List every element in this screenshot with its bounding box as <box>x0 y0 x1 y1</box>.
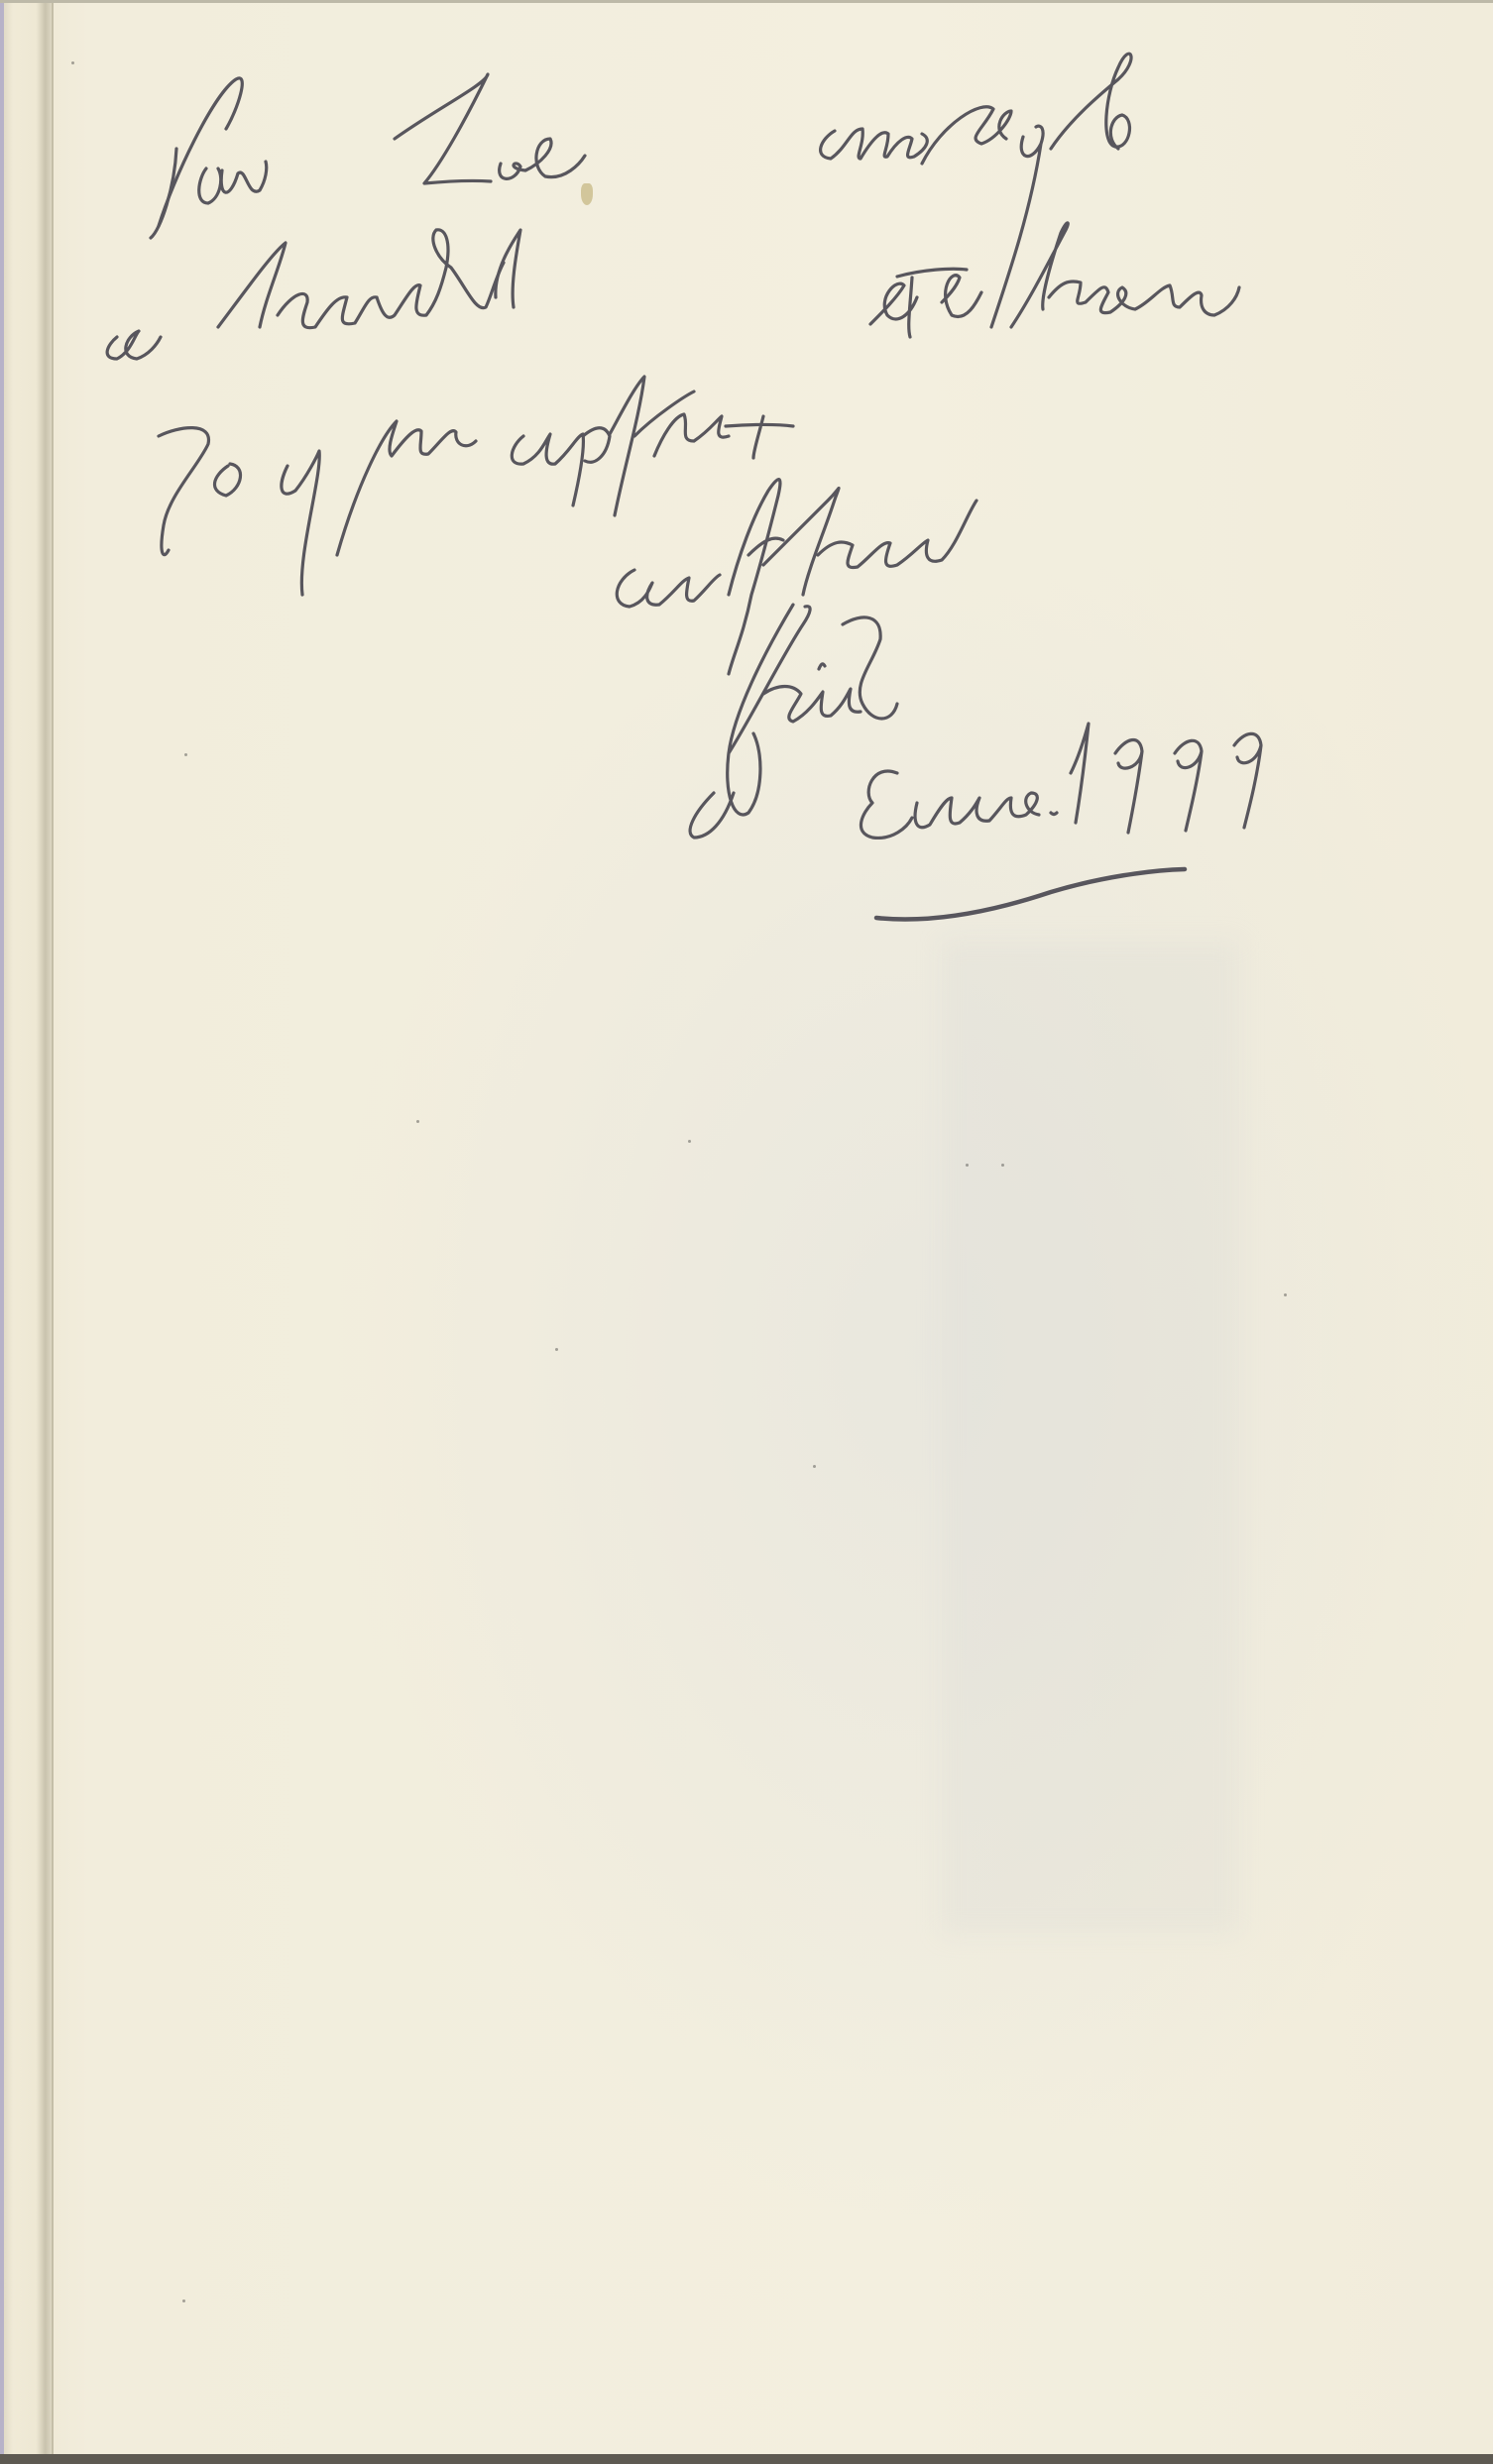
line-con-afecto <box>617 480 976 674</box>
underline-stroke <box>876 869 1185 920</box>
date-enero-1999 <box>861 724 1261 838</box>
book-page: Para Zoe como regalo de Navidad este lib… <box>0 0 1493 2464</box>
line-30-y-sus-cupidas <box>159 377 793 595</box>
signature-guido <box>690 605 897 838</box>
handwriting-ink <box>0 0 1493 2464</box>
line-de-navidad-este-libro <box>107 223 1239 359</box>
line-para-zoe-como-regalo <box>151 54 1131 327</box>
